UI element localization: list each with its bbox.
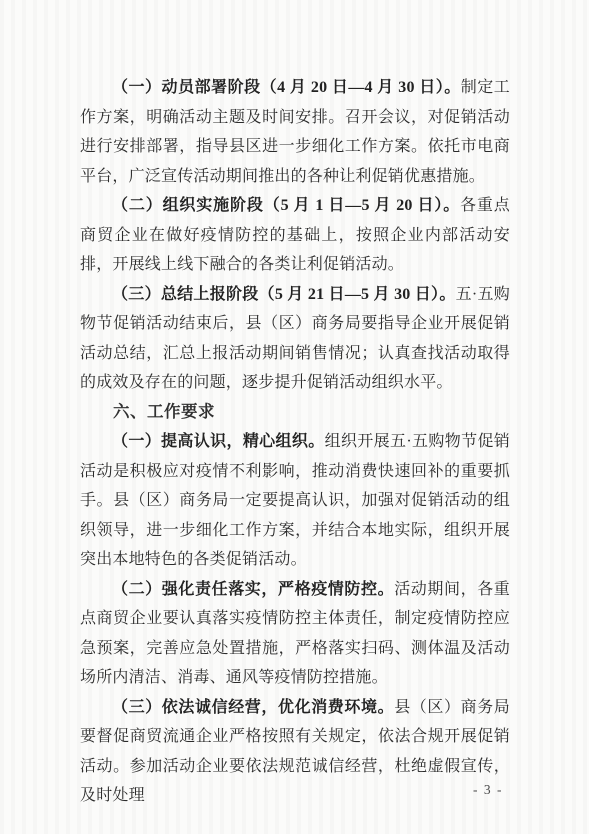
stage-paragraph-2-lead: （二）组织实施阶段（5 月 1 日—5 月 20 日）。: [112, 197, 460, 214]
requirement-paragraph-3: （三）依法诚信经营，优化消费环境。县（区）商务局要督促商贸流通企业严格按照有关规…: [80, 693, 510, 811]
stage-paragraph-3-lead: （三）总结上报阶段（5 月 21 日—5 月 30 日）。: [112, 286, 456, 303]
requirement-paragraph-1-text: 组织开展五·五购物节促销活动是积极应对疫情不利影响，推动消费快速回补的重要抓手。…: [80, 433, 510, 568]
requirement-paragraph-3-lead: （三）依法诚信经营，优化消费环境。: [112, 699, 394, 716]
stage-paragraph-1: （一）动员部署阶段（4 月 20 日—4 月 30 日）。制定工作方案，明确活动…: [80, 73, 510, 191]
requirement-paragraph-2-lead: （二）强化责任落实，严格疫情防控。: [112, 581, 394, 598]
document-page: （一）动员部署阶段（4 月 20 日—4 月 30 日）。制定工作方案，明确活动…: [0, 0, 589, 834]
page-number: - 3 -: [473, 782, 503, 798]
document-body: （一）动员部署阶段（4 月 20 日—4 月 30 日）。制定工作方案，明确活动…: [80, 73, 510, 811]
section-heading: 六、工作要求: [80, 398, 510, 428]
stage-paragraph-3: （三）总结上报阶段（5 月 21 日—5 月 30 日）。五·五购物节促销活动结…: [80, 280, 510, 398]
requirement-paragraph-1-lead: （一）提高认识，精心组织。: [112, 433, 325, 450]
stage-paragraph-1-lead: （一）动员部署阶段（4 月 20 日—4 月 30 日）。: [112, 79, 461, 96]
requirement-paragraph-1: （一）提高认识，精心组织。组织开展五·五购物节促销活动是积极应对疫情不利影响，推…: [80, 427, 510, 575]
stage-paragraph-2: （二）组织实施阶段（5 月 1 日—5 月 20 日）。各重点商贸企业在做好疫情…: [80, 191, 510, 280]
requirement-paragraph-2: （二）强化责任落实，严格疫情防控。活动期间，各重点商贸企业要认真落实疫情防控主体…: [80, 575, 510, 693]
